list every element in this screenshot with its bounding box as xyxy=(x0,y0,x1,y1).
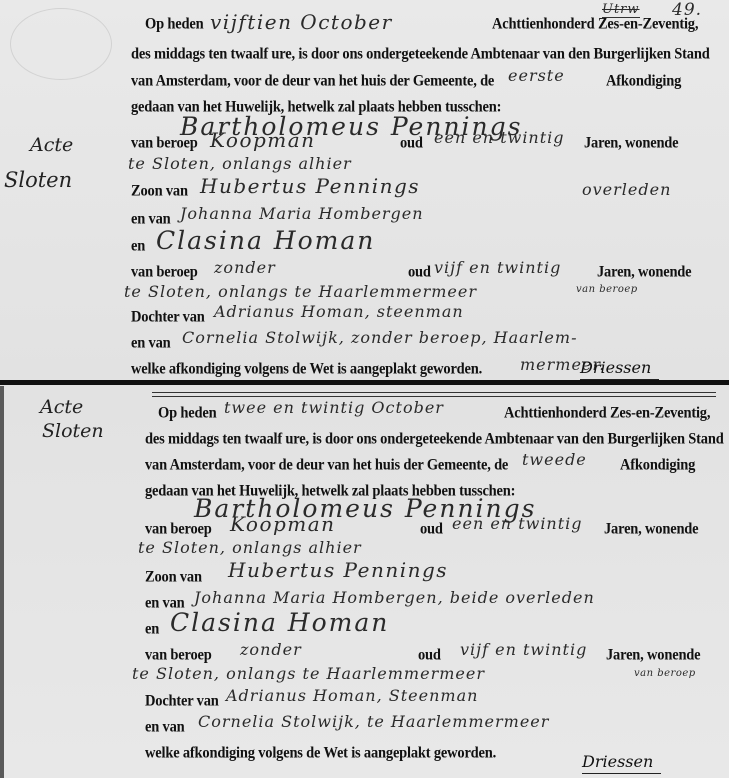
zoon-van-label: Zoon van xyxy=(131,182,188,201)
groom-mother: Johanna Maria Hombergen, beide overleden xyxy=(194,588,595,607)
margin-note-acte: Acte xyxy=(40,396,83,418)
bride-en-van-label: en van xyxy=(131,334,171,353)
bride-occupation: zonder xyxy=(214,258,276,277)
dochter-van-label: Dochter van xyxy=(145,692,219,711)
closing-line: welke afkondiging volgens de Wet is aang… xyxy=(131,360,482,379)
groom-oud-label: oud xyxy=(400,134,423,153)
line-place-prefix: van Amsterdam, voor de deur van het huis… xyxy=(145,456,508,475)
bride-residence: te Sloten, onlangs te Haarlemmermeer xyxy=(124,282,477,301)
groom-age: een en twintig xyxy=(452,514,583,533)
line-afkondiging: Afkondiging xyxy=(620,456,695,475)
bride-beroep-label: van beroep xyxy=(145,646,212,665)
groom-mother: Johanna Maria Hombergen xyxy=(180,204,424,223)
bride-residence: te Sloten, onlangs te Haarlemmermeer xyxy=(132,664,485,683)
groom-jaren-label: Jaren, wonende xyxy=(604,520,698,539)
bride-father: Adrianus Homan, steenman xyxy=(214,302,464,321)
bride-father-note: van beroep xyxy=(576,284,638,295)
bride-name: Clasina Homan xyxy=(156,226,375,255)
margin-note-place: Sloten xyxy=(4,168,72,192)
line-place-prefix: van Amsterdam, voor de deur van het huis… xyxy=(131,72,494,91)
bride-mother: Cornelia Stolwijk, zonder beroep, Haarle… xyxy=(182,328,577,347)
handwritten-date: vijftien October xyxy=(210,10,393,34)
line-date-prefix: Op heden xyxy=(145,15,203,34)
groom-father: Hubertus Pennings xyxy=(228,558,448,582)
margin-note-place: Sloten xyxy=(42,420,104,442)
document-scan: Utrw 49. Acte Sloten Op heden vijftien O… xyxy=(0,0,729,778)
bride-father-note: van beroep xyxy=(634,668,696,679)
margin-note-acte: Acte xyxy=(30,134,73,156)
en-label: en xyxy=(145,620,159,639)
proclamation-record-2: Acte Sloten Op heden twee en twintig Oct… xyxy=(0,386,729,778)
dochter-van-label: Dochter van xyxy=(131,308,205,327)
groom-beroep-label: van beroep xyxy=(131,134,198,153)
line-year: Achttienhonderd Zes-en-Zeventig, xyxy=(504,404,710,423)
groom-jaren-label: Jaren, wonende xyxy=(584,134,678,153)
bride-jaren-label: Jaren, wonende xyxy=(606,646,700,665)
double-rule xyxy=(152,392,716,397)
bride-age: vijf en twintig xyxy=(434,258,561,277)
groom-age: een en twintig xyxy=(434,128,565,147)
registrar-signature-2: Driessen xyxy=(582,752,653,771)
bride-name: Clasina Homan xyxy=(170,608,389,637)
line-time-official: des middags ten twaalf ure, is door ons … xyxy=(131,45,710,64)
groom-residence: te Sloten, onlangs alhier xyxy=(128,154,352,173)
bride-beroep-label: van beroep xyxy=(131,263,198,282)
groom-occupation: Koopman xyxy=(210,128,316,152)
bride-oud-label: oud xyxy=(418,646,441,665)
closing-line: welke afkondiging volgens de Wet is aang… xyxy=(145,744,496,763)
line-time-official: des middags ten twaalf ure, is door ons … xyxy=(145,430,724,449)
parents-deceased-note: overleden xyxy=(582,180,671,199)
bride-jaren-label: Jaren, wonende xyxy=(597,263,691,282)
en-label: en xyxy=(131,237,145,256)
embossed-seal xyxy=(10,8,112,80)
handwritten-date: twee en twintig October xyxy=(224,398,444,417)
bride-mother: Cornelia Stolwijk, te Haarlemmermeer xyxy=(198,712,549,731)
bride-age: vijf en twintig xyxy=(460,640,587,659)
groom-beroep-label: van beroep xyxy=(145,520,212,539)
proclamation-record-1: Utrw 49. Acte Sloten Op heden vijftien O… xyxy=(0,0,729,380)
bride-occupation: zonder xyxy=(240,640,302,659)
zoon-van-label: Zoon van xyxy=(145,568,202,587)
registrar-signature-1: Driessen xyxy=(580,358,651,377)
line-date-prefix: Op heden xyxy=(158,404,216,423)
record-divider xyxy=(0,380,729,385)
handwritten-ordinal: tweede xyxy=(522,450,587,469)
bride-oud-label: oud xyxy=(408,263,431,282)
groom-father: Hubertus Pennings xyxy=(200,174,420,198)
groom-occupation: Koopman xyxy=(230,512,336,536)
line-year: Achttienhonderd Zes-en-Zeventig, xyxy=(492,15,698,34)
handwritten-ordinal: eerste xyxy=(508,66,565,85)
groom-residence: te Sloten, onlangs alhier xyxy=(138,538,362,557)
groom-oud-label: oud xyxy=(420,520,443,539)
bride-father: Adrianus Homan, Steenman xyxy=(226,686,478,705)
bride-en-van-label: en van xyxy=(145,718,185,737)
line-afkondiging: Afkondiging xyxy=(606,72,681,91)
